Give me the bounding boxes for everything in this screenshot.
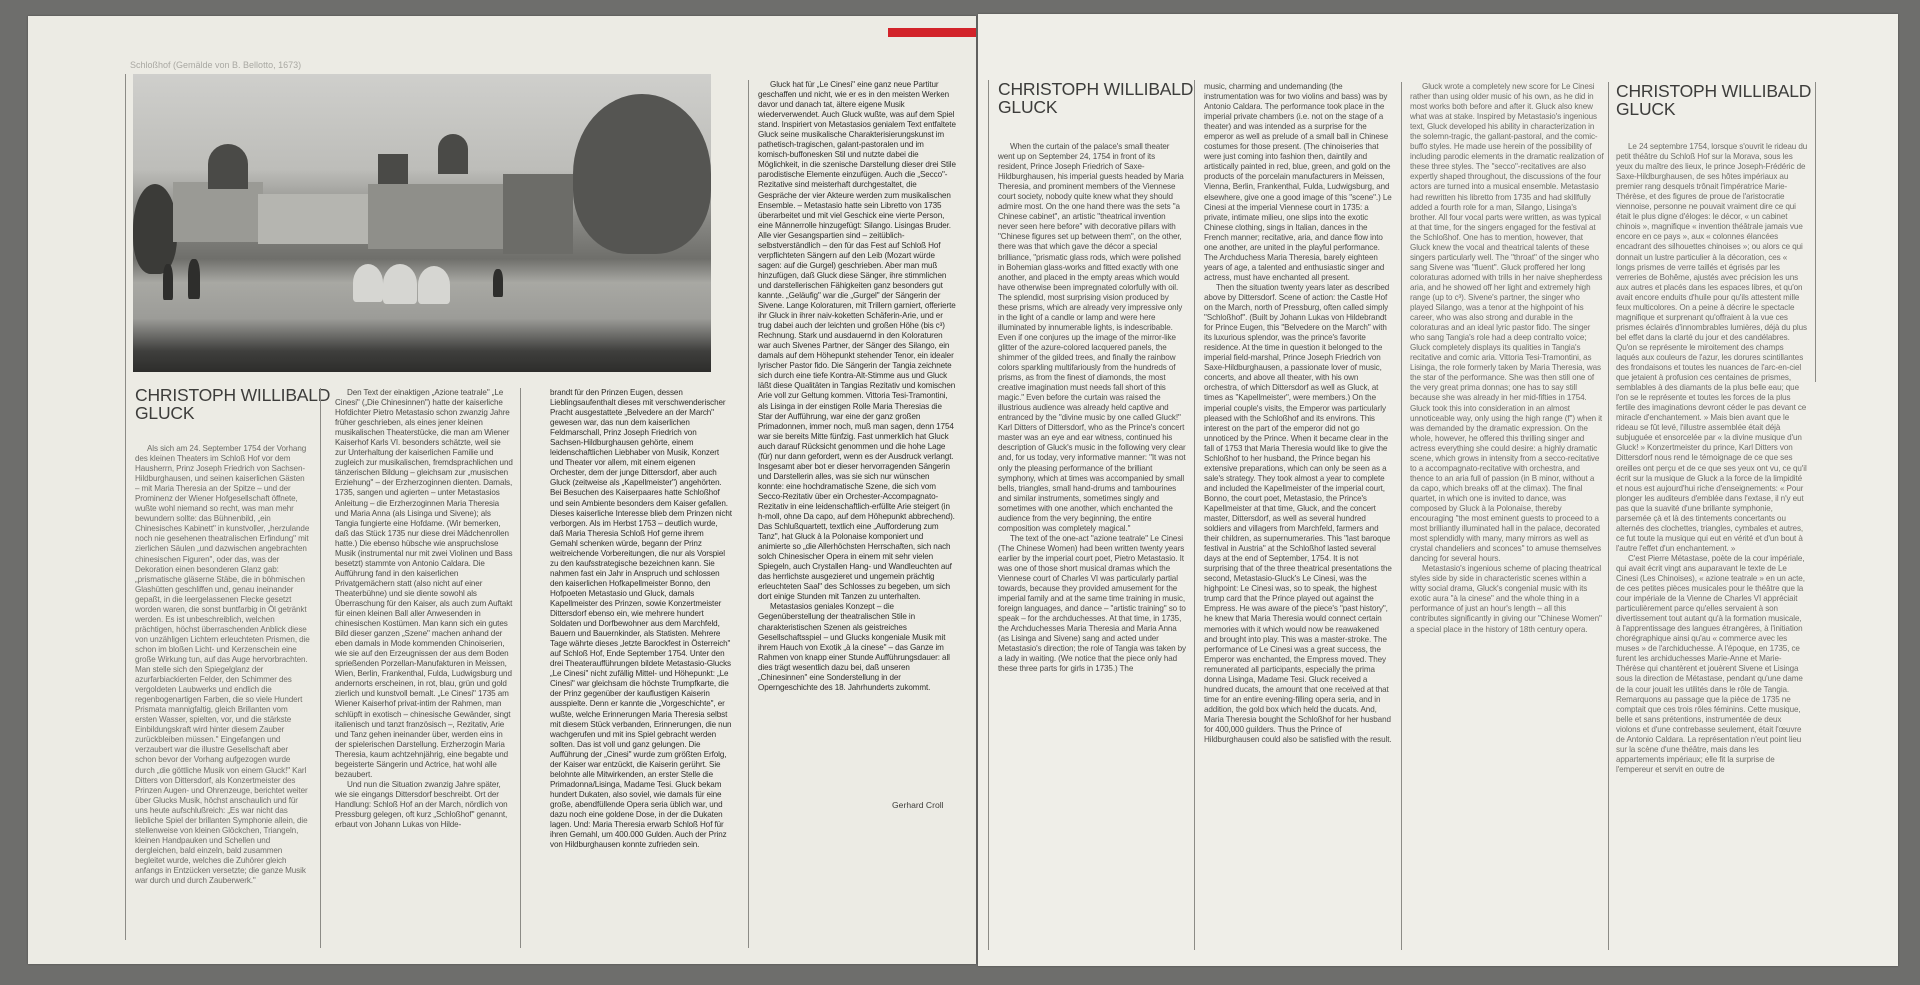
- german-text-column-1: Als sich am 24. September 1754 der Vorha…: [135, 444, 311, 886]
- column-divider: [1401, 82, 1402, 950]
- column-divider: [1194, 80, 1195, 950]
- heading-english: CHRISTOPH WILLIBALD GLUCK: [998, 80, 1193, 116]
- column-divider: [125, 74, 126, 940]
- column-divider: [988, 80, 989, 950]
- french-text-column: Le 24 septembre 1754, lorsque s'ouvrit l…: [1616, 142, 1808, 775]
- english-text-column-1: When the curtain of the palace's small t…: [998, 142, 1186, 674]
- german-text-column-4: Gluck hat für „Le Cinesi" eine ganz neue…: [758, 80, 956, 693]
- engraving-image: [133, 74, 711, 372]
- column-divider: [1608, 82, 1609, 950]
- english-text-column-2: music, charming and undemanding (the ins…: [1204, 82, 1394, 745]
- column-divider: [320, 388, 321, 948]
- author-signature: Gerhard Croll: [892, 800, 944, 810]
- column-divider: [748, 80, 749, 948]
- heading-german: CHRISTOPH WILLIBALD GLUCK: [135, 386, 330, 422]
- english-text-column-3: Gluck wrote a completely new score for L…: [1410, 82, 1604, 635]
- german-text-column-3: brandt für den Prinzen Eugen, dessen Lie…: [550, 388, 732, 850]
- heading-french: CHRISTOPH WILLIBALD GLUCK: [1616, 82, 1811, 118]
- red-accent-strip: [888, 28, 976, 37]
- column-divider: [1815, 82, 1816, 382]
- image-caption: Schloßhof (Gemälde von B. Bellotto, 1673…: [130, 60, 301, 70]
- column-divider: [520, 388, 521, 948]
- german-text-column-2: Den Text der einaktigen „Azione teatrale…: [335, 388, 513, 830]
